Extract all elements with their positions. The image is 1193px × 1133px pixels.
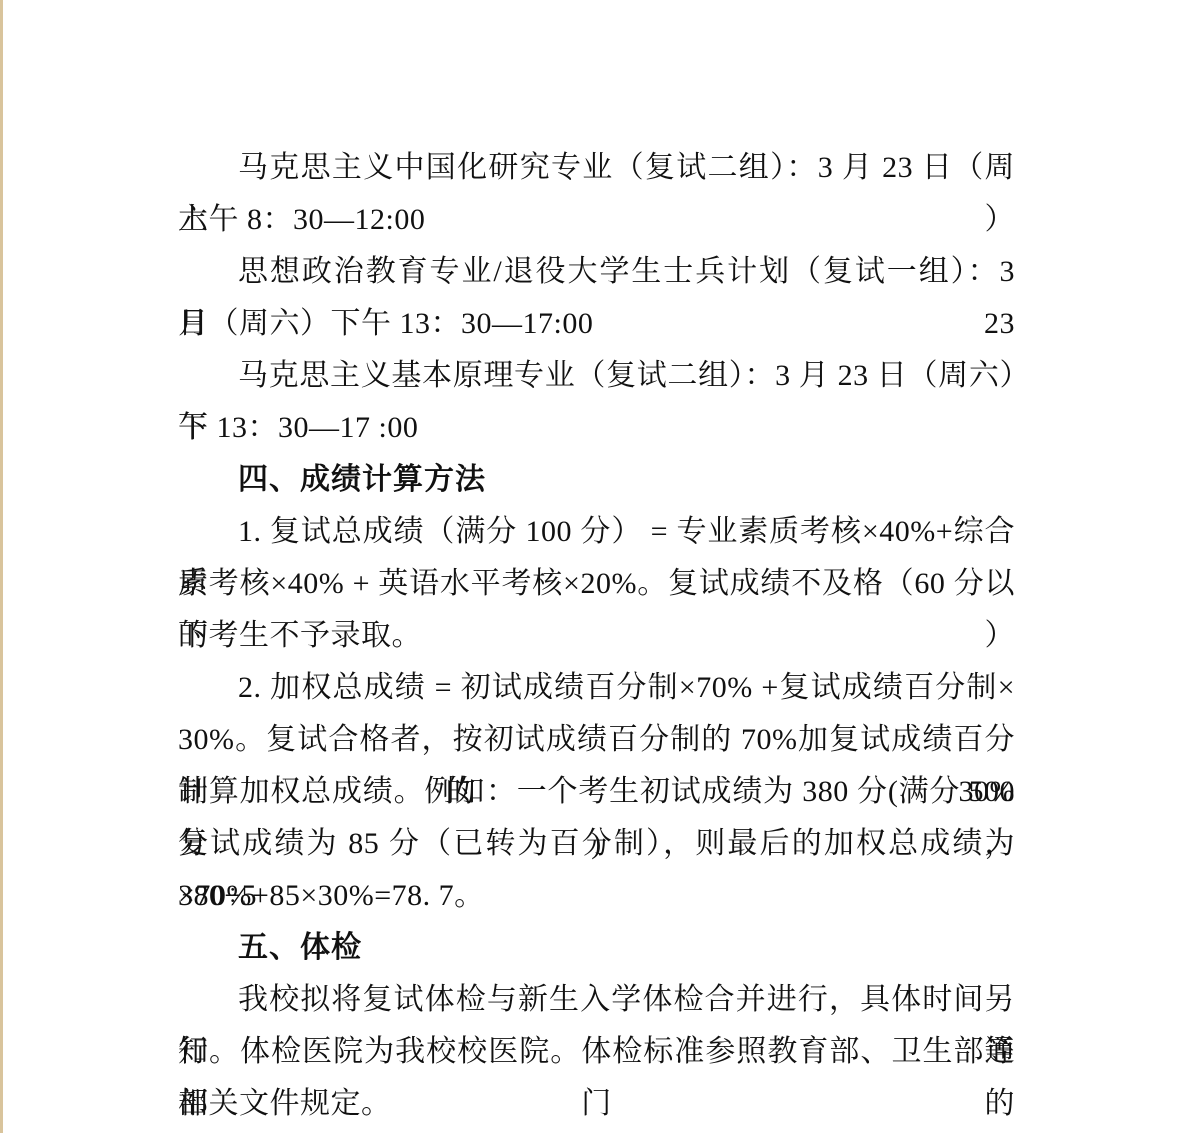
document-page: 马克思主义中国化研究专业（复试二组）：3 月 23 日（周六） 上午 8：30—… xyxy=(0,0,1193,1133)
schedule-line-mkszy-zgh: 马克思主义中国化研究专业（复试二组）：3 月 23 日（周六） xyxy=(178,142,1015,194)
physical-exam-line-1: 我校拟将复试体检与新生入学体检合并进行，具体时间另行通 xyxy=(178,974,1015,1026)
physical-exam-line-2: 知。体检医院为我校校医院。体检标准参照教育部、卫生部等部门的 xyxy=(178,1026,1015,1078)
schedule-line-sxzzjy: 思想政治教育专业/退役大学生士兵计划（复试一组）：3 月 23 xyxy=(178,246,1015,298)
heading-section-5-physical-exam: 五、体检 xyxy=(178,922,1015,974)
score-rule-2-line-2: 30%。复试合格者，按初试成绩百分制的 70%加复试成绩百分制的 30% xyxy=(178,714,1015,766)
score-rule-1-line-1: 1. 复试总成绩（满分 100 分） = 专业素质考核×40%+综合素 xyxy=(178,506,1015,558)
score-rule-2-line-5: ×70%+85×30%=78. 7。 xyxy=(178,870,1015,922)
schedule-line-mkszy-jbyl: 马克思主义基本原理专业（复试二组）：3 月 23 日（周六）下 xyxy=(178,350,1015,402)
score-rule-2-line-1: 2. 加权总成绩 = 初试成绩百分制×70% +复试成绩百分制× xyxy=(178,662,1015,714)
score-rule-2-line-4: 复试成绩为 85 分（已转为百分制），则最后的加权总成绩为 380÷5 xyxy=(178,818,1015,870)
page-left-edge-strip xyxy=(0,0,3,1133)
heading-section-4-score-calculation: 四、成绩计算方法 xyxy=(178,454,1015,506)
document-text-area: 马克思主义中国化研究专业（复试二组）：3 月 23 日（周六） 上午 8：30—… xyxy=(178,142,1015,1130)
score-rule-2-line-3: 计算加权总成绩。例如：一个考生初试成绩为 380 分(满分 500 分)， xyxy=(178,766,1015,818)
score-rule-1-line-2: 质考核×40% + 英语水平考核×20%。复试成绩不及格（60 分以下） xyxy=(178,558,1015,610)
schedule-line-afternoon-time-2: 午 13：30—17 :00 xyxy=(178,402,1015,454)
